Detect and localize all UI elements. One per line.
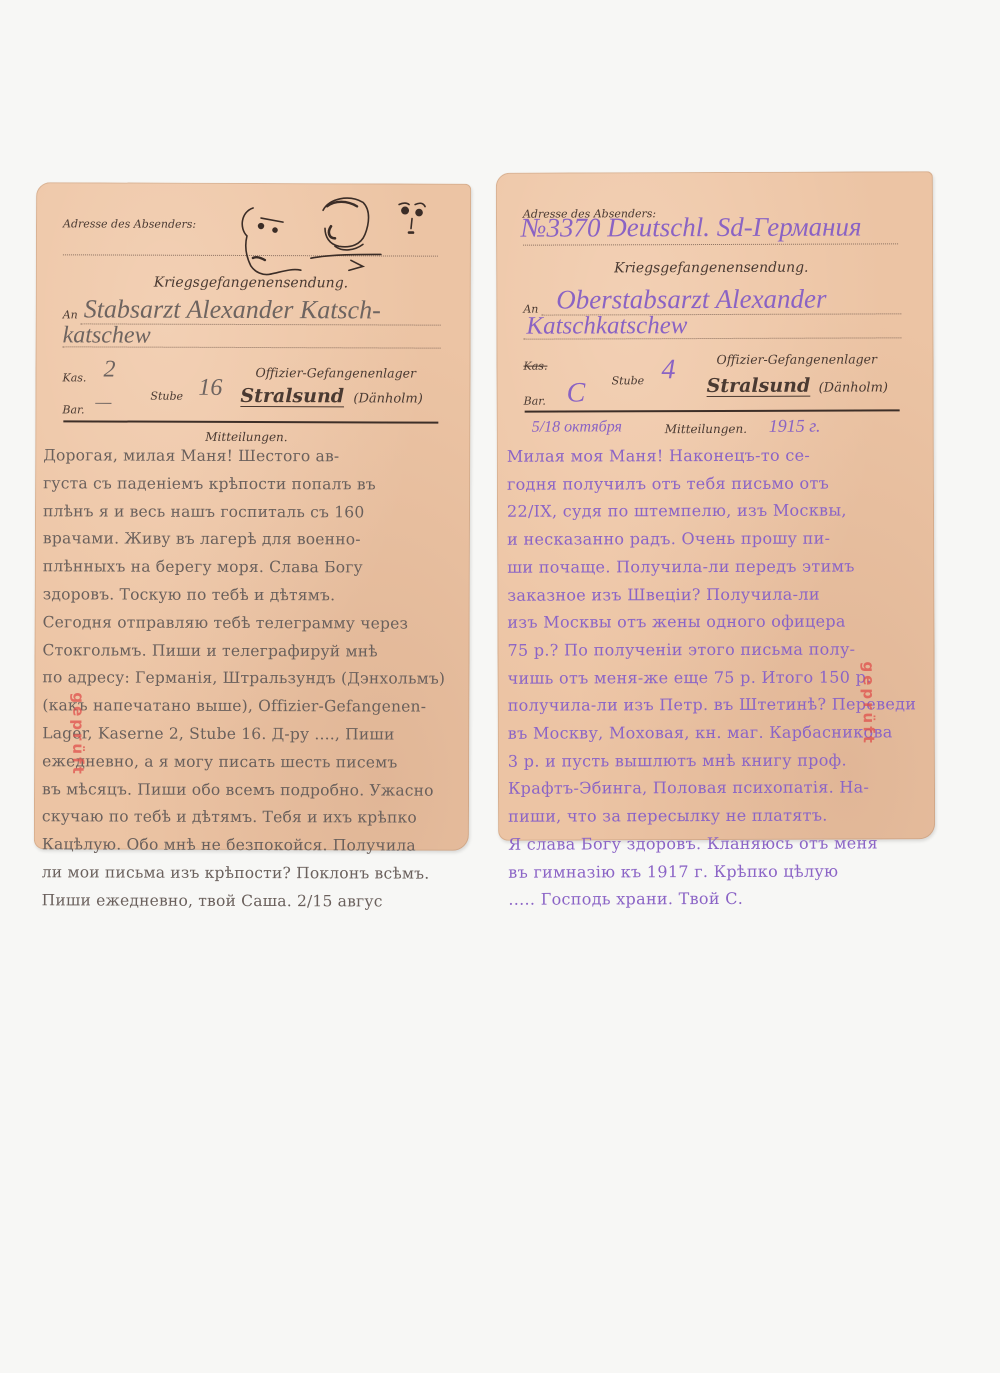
caricature-sketches-icon [231,188,441,284]
message-line: въ мѣсяцъ. Пиши обо всемъ подробно. Ужас… [42,776,462,805]
message-line: и несказанно радъ. Очень прошу пи- [507,524,929,553]
addressee-line-1: Oberstabsarzt Alexander [556,284,826,316]
camp-district: (Dänholm) [353,391,422,406]
sender-address-line [523,243,898,245]
kas-label: Kas. [523,360,547,373]
message-line: Дорогая, милая Маня! Шестого ав- [43,442,463,471]
camp-city: Stralsund [240,385,344,407]
message-line: изъ Москвы отъ жены одного офицера [507,607,929,636]
stube-value: 16 [198,375,222,402]
message-line: плѣнъ я и весь нашъ госпиталь съ 160 [43,498,463,527]
date-right: 1915 г. [769,416,821,437]
message-line: ли мои письма изъ крѣпости? Поклонъ всѣм… [42,859,462,888]
message-line: густа съ паденіемъ крѣпости попалъ въ [43,470,463,499]
message-line: Сегодня отправляю тебѣ телеграмму через [43,609,463,638]
message-line: ..... Господь храни. Твой С. [508,885,930,914]
camp-label: Offizier-Gefangenenlager [716,351,877,367]
camp-district: (Dänholm) [819,380,888,395]
message-line: Кацѣлую. Обо мнѣ не безпокойся. Получила [42,831,462,860]
message-line: 75 р.? По полученіи этого письма полу- [507,635,929,664]
message-line: Я слава Богу здоровъ. Кланяюсь отъ меня [508,829,930,858]
message-line: врачами. Живу въ лагерѣ для военно- [43,526,463,555]
stube-label: Stube [150,390,183,403]
stube-value: 4 [661,354,675,386]
postcard-2: Adresse des Absenders: №3370 Deutschl. S… [496,171,935,841]
message-line: плѣнныхъ на берегу моря. Слава Богу [43,553,463,582]
bar-label: Bar. [62,403,84,416]
censor-stamp: geprüft [860,661,879,831]
message-line: по адресу: Германія, Штральзундъ (Дэнхол… [42,665,462,694]
message-line: Милая моя Маня! Наконецъ-то се- [507,441,929,470]
address-line-2 [523,337,901,339]
addressee-label: An [63,308,78,321]
bar-value: — [95,391,111,412]
message-line: Стокгольмъ. Пиши и телеграфируй мнѣ [42,637,462,666]
addressee-line-1: Stabsarzt Alexander Katsch- [84,294,381,325]
camp-city: Stralsund [707,375,811,397]
bar-value: C [567,377,586,409]
message-line: въ гимназію къ 1917 г. Крѣпко цѣлую [508,857,930,886]
message-line: 22/IX, судя по штемпелю, изъ Москвы, [507,497,929,526]
message-line: скучаю по тебѣ и дѣтямъ. Тебя и ихъ крѣп… [42,804,462,833]
bar-label: Bar. [524,395,546,408]
stube-label: Stube [612,374,645,387]
message-line: (какъ напечатано выше), Offizier-Gefange… [42,692,462,721]
kas-value: 2 [103,356,115,383]
camp-label: Offizier-Gefangenenlager [255,365,416,381]
censor-stamp: geprüft [69,692,88,842]
card-heading: Kriegsgefangenensendung. [154,275,348,292]
sender-address-label: Adresse des Absenders: [63,217,196,230]
message-line: ежедневно, а я могу писать шесть писемъ [42,748,462,777]
divider-rule [525,409,900,412]
message-line: заказное изъ Швеціи? Получила-ли [507,580,929,609]
addressee-line-2: Katschkatschew [526,312,687,341]
messages-label: Mitteilungen. [665,422,747,436]
kas-label: Kas. [62,371,86,384]
date-left: 5/18 октября [532,418,622,436]
divider-rule [63,420,438,423]
sender-address-value: №3370 Deutschl. Sd-Германия [521,211,862,243]
message-line: годня получилъ отъ тебя письмо отъ [507,469,929,498]
message-body: Дорогая, милая Маня! Шестого ав- густа с… [42,442,464,916]
message-line: ши почаще. Получила-ли передъ этимъ [507,552,929,581]
message-line: Пиши ежедневно, твой Саша. 2/15 авгус [42,887,462,916]
card-heading: Kriegsgefangenensendung. [614,260,808,277]
postcard-1: Adresse des Absenders: Krie [34,182,471,851]
message-line: Lager, Kaserne 2, Stube 16. Д-ру ...., П… [42,720,462,749]
message-line: здоровъ. Тоскую по тебѣ и дѣтямъ. [43,581,463,610]
